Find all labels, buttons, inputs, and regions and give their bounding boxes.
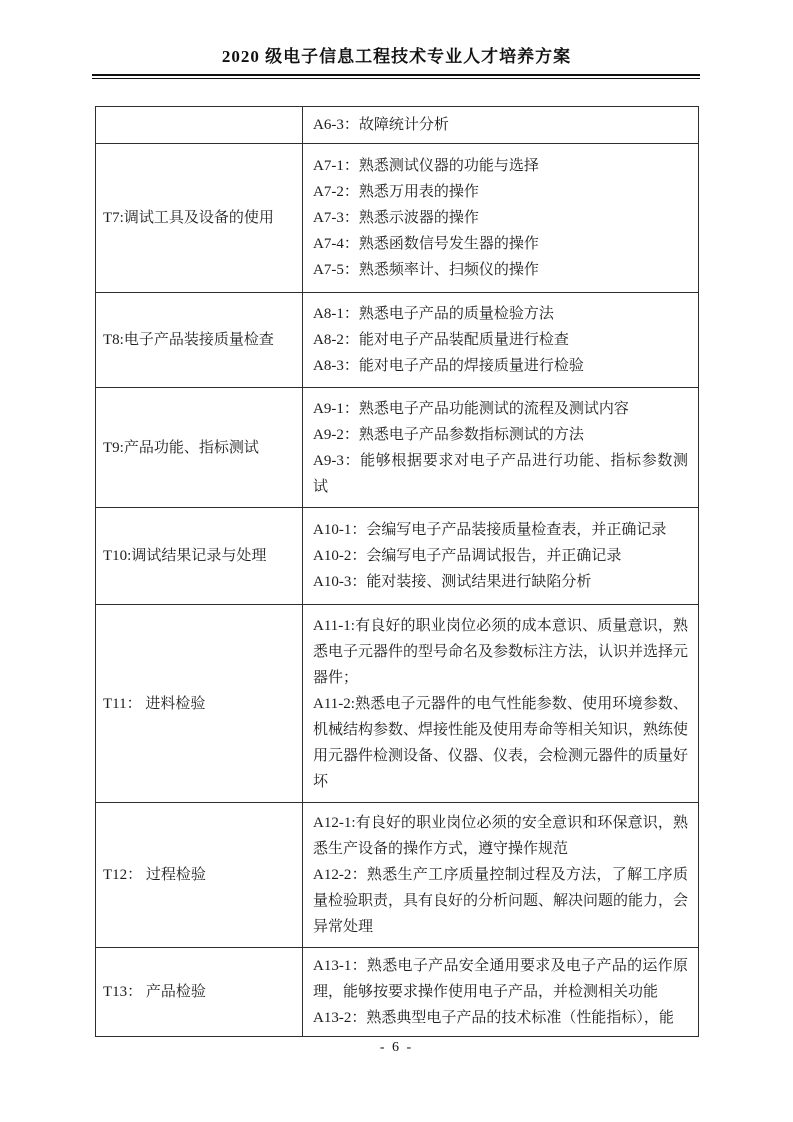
ability-item: A13-1：熟悉电子产品安全通用要求及电子产品的运作原理，能够按要求操作使用电子… [313,953,688,1005]
ability-item: A11-2:熟悉电子元器件的电气性能参数、使用环境参数、机械结构参数、焊接性能及… [313,691,688,795]
competency-table: A6-3：故障统计分析 T7:调试工具及设备的使用 A7-1：熟悉测试仪器的功能… [95,106,699,1037]
ability-item: A9-1：熟悉电子产品功能测试的流程及测试内容 [313,396,688,422]
ability-cell: A7-1：熟悉测试仪器的功能与选择 A7-2：熟悉万用表的操作 A7-3：熟悉示… [303,144,699,293]
ability-item: A9-2：熟悉电子产品参数指标测试的方法 [313,422,688,448]
page-title: 2020 级电子信息工程技术专业人才培养方案 [0,42,793,67]
task-cell: T10:调试结果记录与处理 [96,508,303,605]
table-row: T12： 过程检验 A12-1:有良好的职业岗位必须的安全意识和环保意识，熟悉生… [96,803,699,948]
table-row: T10:调试结果记录与处理 A10-1：会编写电子产品装接质量检查表，并正确记录… [96,508,699,605]
task-cell: T13： 产品检验 [96,948,303,1037]
task-cell [96,107,303,144]
table-row: T9:产品功能、指标测试 A9-1：熟悉电子产品功能测试的流程及测试内容 A9-… [96,388,699,508]
table-row: T13： 产品检验 A13-1：熟悉电子产品安全通用要求及电子产品的运作原理，能… [96,948,699,1037]
task-cell: T9:产品功能、指标测试 [96,388,303,508]
ability-cell: A11-1:有良好的职业岗位必须的成本意识、质量意识，熟悉电子元器件的型号命名及… [303,605,699,803]
ability-item: A8-2：能对电子产品装配质量进行检查 [313,327,688,353]
ability-item: A7-2：熟悉万用表的操作 [313,179,688,205]
ability-item: A10-2：会编写电子产品调试报告，并正确记录 [313,543,688,569]
task-cell: T11： 进料检验 [96,605,303,803]
page-number: - 6 - [0,1040,793,1056]
ability-item: A11-1:有良好的职业岗位必须的成本意识、质量意识，熟悉电子元器件的型号命名及… [313,613,688,691]
ability-cell: A8-1：熟悉电子产品的质量检验方法 A8-2：能对电子产品装配质量进行检查 A… [303,293,699,388]
table-row: T7:调试工具及设备的使用 A7-1：熟悉测试仪器的功能与选择 A7-2：熟悉万… [96,144,699,293]
task-cell: T7:调试工具及设备的使用 [96,144,303,293]
task-cell: T12： 过程检验 [96,803,303,948]
ability-item: A10-1：会编写电子产品装接质量检查表，并正确记录 [313,517,688,543]
ability-cell: A9-1：熟悉电子产品功能测试的流程及测试内容 A9-2：熟悉电子产品参数指标测… [303,388,699,508]
table-row: T11： 进料检验 A11-1:有良好的职业岗位必须的成本意识、质量意识，熟悉电… [96,605,699,803]
header-double-rule [92,74,700,79]
ability-cell: A10-1：会编写电子产品装接质量检查表，并正确记录 A10-2：会编写电子产品… [303,508,699,605]
ability-item: A7-3：熟悉示波器的操作 [313,205,688,231]
ability-item: A9-3：能够根据要求对电子产品进行功能、指标参数测试 [313,448,688,500]
ability-item: A12-1:有良好的职业岗位必须的安全意识和环保意识，熟悉生产设备的操作方式，遵… [313,810,688,862]
ability-item: A8-3：能对电子产品的焊接质量进行检验 [313,353,688,379]
ability-cell: A12-1:有良好的职业岗位必须的安全意识和环保意识，熟悉生产设备的操作方式，遵… [303,803,699,948]
ability-item: A7-4：熟悉函数信号发生器的操作 [313,231,688,257]
ability-item: A8-1：熟悉电子产品的质量检验方法 [313,301,688,327]
ability-cell: A6-3：故障统计分析 [303,107,699,144]
ability-cell: A13-1：熟悉电子产品安全通用要求及电子产品的运作原理，能够按要求操作使用电子… [303,948,699,1037]
ability-item: A12-2：熟悉生产工序质量控制过程及方法，了解工序质量检验职责，具有良好的分析… [313,862,688,940]
table-row: T8:电子产品装接质量检查 A8-1：熟悉电子产品的质量检验方法 A8-2：能对… [96,293,699,388]
ability-item: A6-3：故障统计分析 [313,112,688,138]
ability-item: A7-1：熟悉测试仪器的功能与选择 [313,153,688,179]
table-row: A6-3：故障统计分析 [96,107,699,144]
task-cell: T8:电子产品装接质量检查 [96,293,303,388]
ability-item: A13-2：熟悉典型电子产品的技术标准（性能指标），能 [313,1005,688,1031]
ability-item: A7-5：熟悉频率计、扫频仪的操作 [313,257,688,283]
document-page: 2020 级电子信息工程技术专业人才培养方案 A6-3：故障统计分析 T7:调试… [0,0,793,1122]
ability-item: A10-3：能对装接、测试结果进行缺陷分析 [313,569,688,595]
